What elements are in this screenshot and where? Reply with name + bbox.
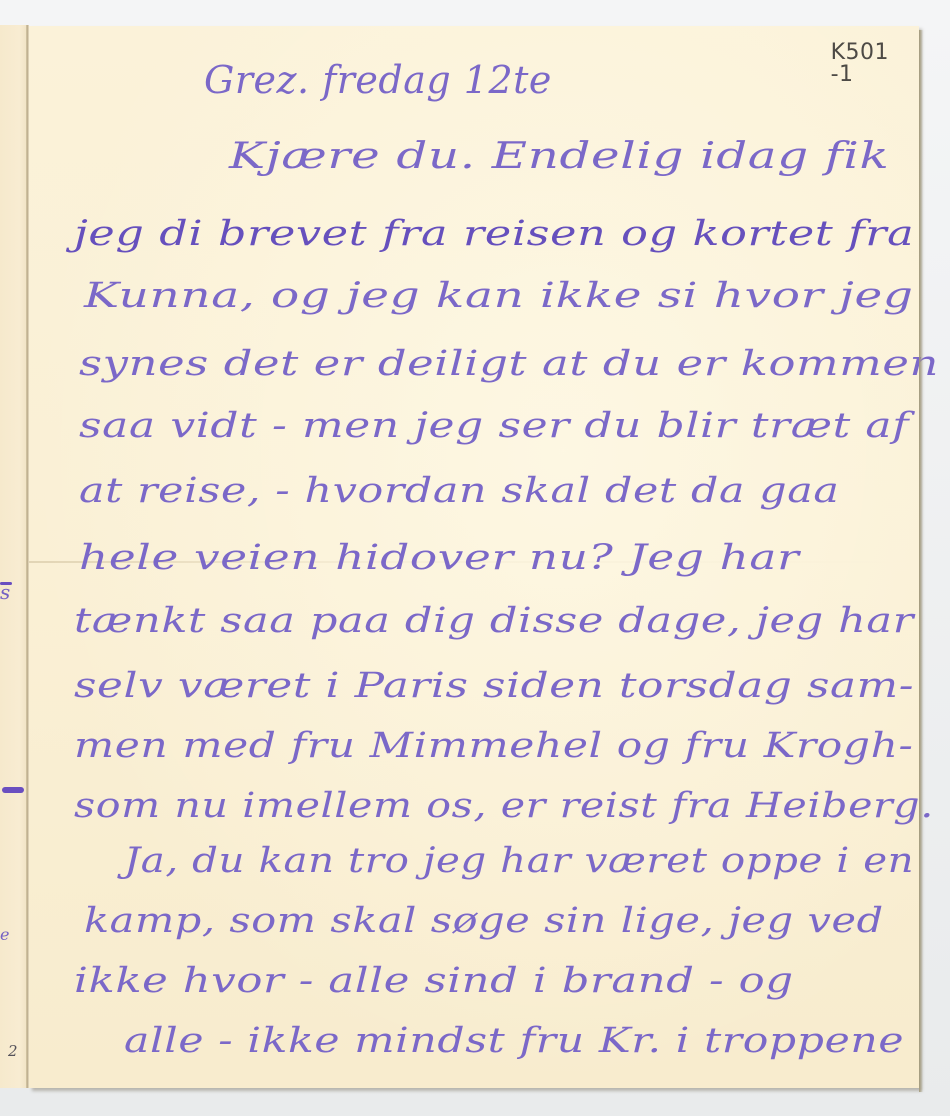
- previous-page-edge: s e 2: [0, 25, 28, 1088]
- letter-line: alle - ikke mindst fru Kr. i troppene: [124, 1021, 904, 1061]
- previous-page-ink-dash: [2, 787, 24, 793]
- letter-line: saa vidt - men jeg ser du blir træt af: [79, 406, 909, 446]
- letter-line: men med fru Mimmehel og fru Krogh-: [74, 726, 913, 766]
- letter-line: ikke hvor - alle sind i brand - og: [74, 961, 794, 1001]
- letter-line: synes det er deiligt at du er kommen: [79, 344, 939, 384]
- letter-line: kamp, som skal søge sin lige, jeg ved: [84, 901, 884, 941]
- letter-line: tænkt saa paa dig disse dage, jeg har: [74, 601, 914, 641]
- previous-page-number: 2: [8, 1042, 18, 1060]
- letter-line: at reise, - hvordan skal det da gaa: [79, 471, 839, 511]
- letter-body: Grez. fredag 12te Kjære du. Endelig idag…: [29, 26, 919, 1088]
- letter-line: Kjære du. Endelig idag fik: [229, 136, 889, 177]
- letter-line: jeg di brevet fra reisen og kortet fra: [74, 214, 914, 254]
- letter-page: K501 -1 Grez. fredag 12te Kjære du. Ende…: [29, 26, 919, 1088]
- letter-line: som nu imellem os, er reist fra Heiberg.: [74, 786, 934, 826]
- scanned-letter: s e 2 K501 -1 Grez. fredag 12te Kjære du…: [0, 0, 950, 1116]
- letter-line: Kunna, og jeg kan ikke si hvor jeg: [84, 276, 914, 316]
- previous-page-ink-stroke: [0, 582, 12, 585]
- letter-line: selv været i Paris siden torsdag sam-: [74, 666, 914, 706]
- letter-heading-date: Grez. fredag 12te: [204, 58, 552, 102]
- letter-line: hele veien hidover nu? Jeg har: [79, 538, 799, 578]
- letter-line: Ja, du kan tro jeg har været oppe i en: [124, 841, 914, 881]
- previous-page-ink-fragment: e: [0, 925, 9, 944]
